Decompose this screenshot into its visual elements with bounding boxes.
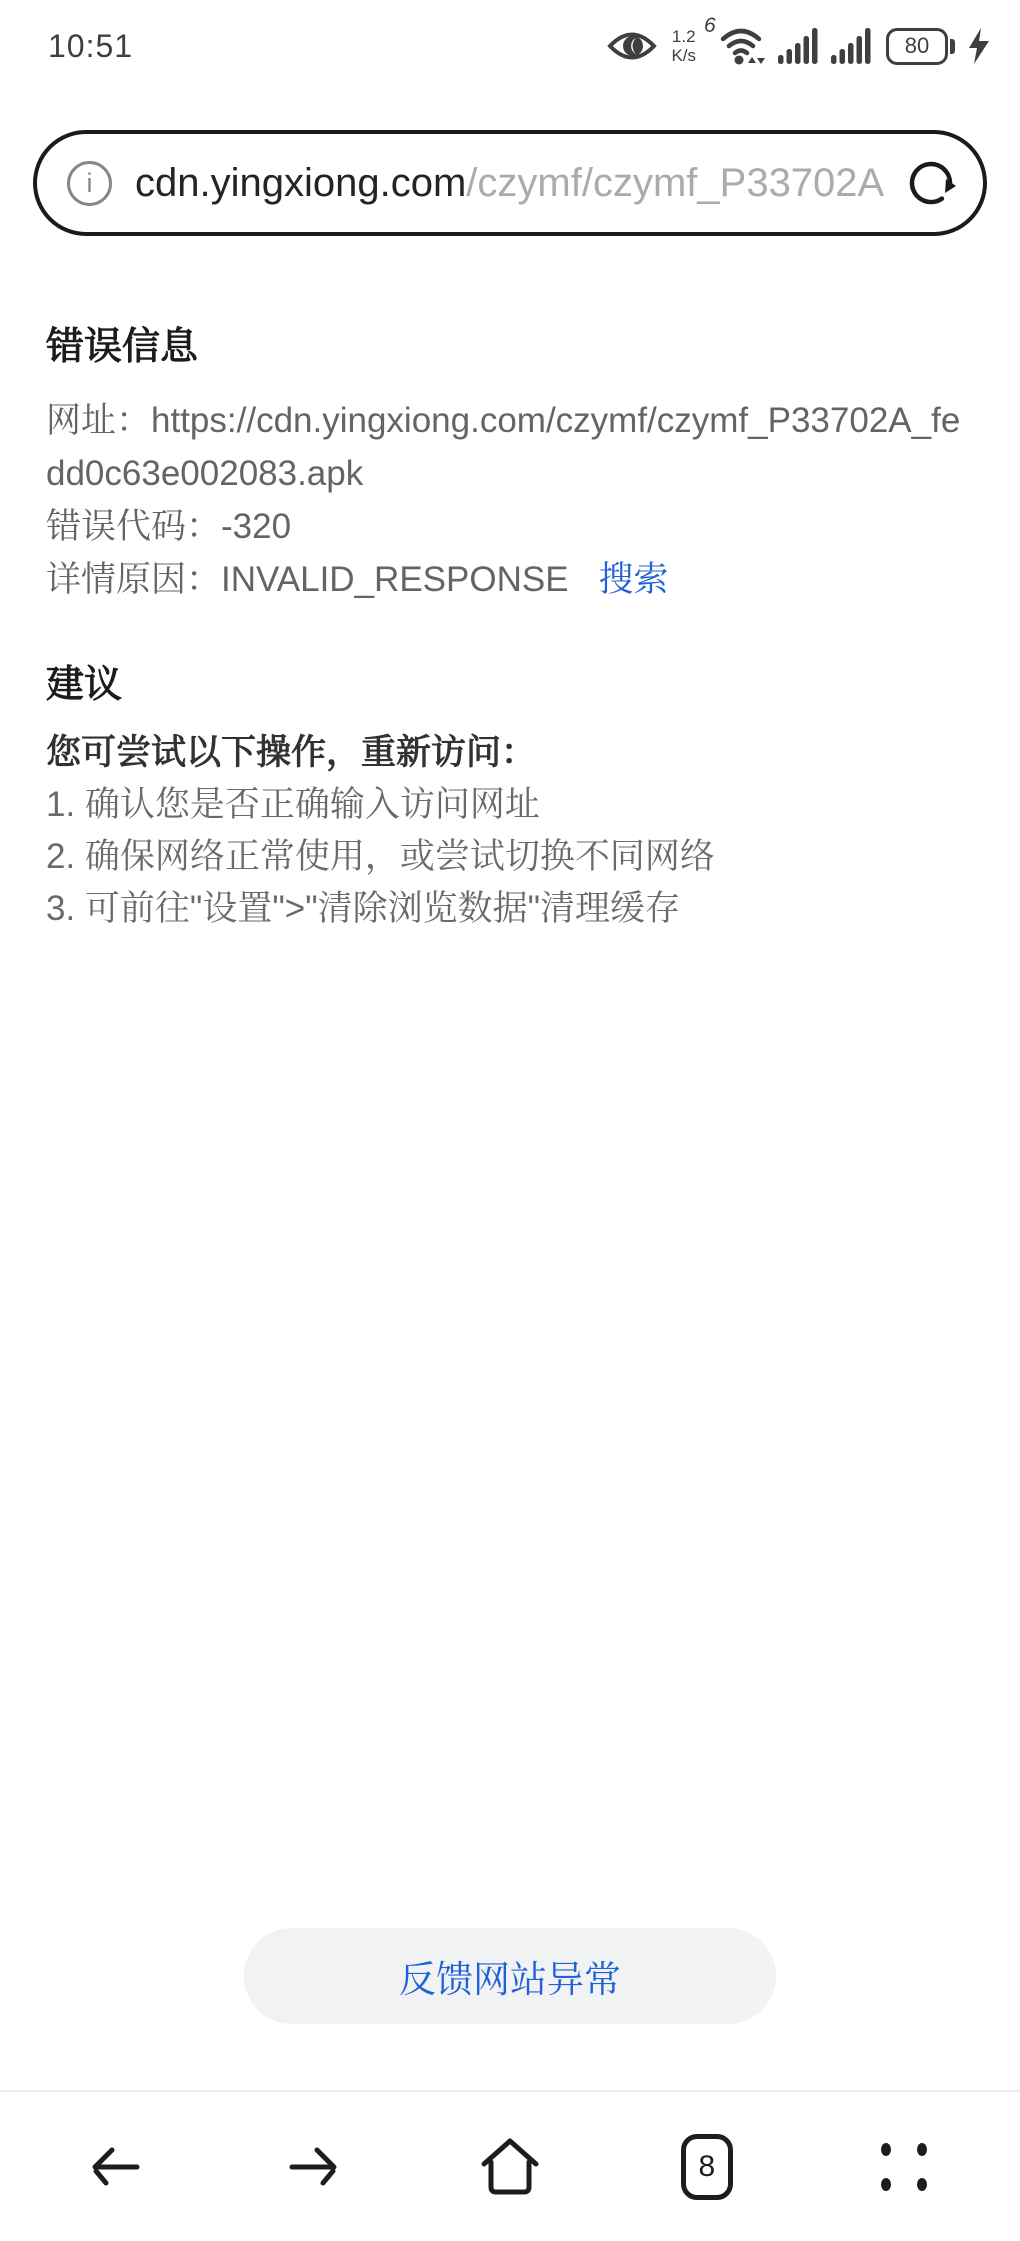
network-speed-value: 1.2 (672, 27, 696, 46)
wifi-indicator: 6 (717, 23, 765, 70)
battery-indicator: 80 (886, 28, 955, 65)
url-path: /czymf/czymf_P33702A (466, 161, 884, 205)
network-speed-unit: K/s (671, 46, 696, 65)
clock: 10:51 (48, 28, 133, 65)
forward-arrow-icon (281, 2135, 345, 2199)
error-details: 网址：https://cdn.yingxiong.com/czymf/czymf… (46, 394, 974, 606)
signal-bars-icon-sim2 (831, 27, 871, 65)
tab-counter-icon: 8 (681, 2134, 733, 2200)
home-button[interactable] (450, 2112, 570, 2222)
error-page-content: 错误信息 网址：https://cdn.yingxiong.com/czymf/… (0, 324, 1020, 935)
wifi-icon (717, 23, 765, 65)
wifi-6-label: 6 (704, 14, 716, 38)
suggestions-list: 1. 确认您是否正确输入访问网址 2. 确保网络正常使用，或尝试切换不同网络 3… (46, 779, 974, 935)
suggestion-item: 3. 可前往"设置">"清除浏览数据"清理缓存 (46, 883, 974, 935)
search-link[interactable]: 搜索 (599, 560, 669, 599)
error-code-label: 错误代码： (46, 507, 221, 546)
home-icon (477, 2134, 543, 2200)
error-reason-value: INVALID_RESPONSE (221, 560, 569, 599)
report-site-problem-button[interactable]: 反馈网站异常 (244, 1928, 776, 2024)
status-bar: 10:51 1.2 K/s 6 (0, 0, 1020, 86)
page-info-icon[interactable]: i (67, 161, 112, 206)
error-code-value: -320 (221, 507, 291, 546)
status-icons: 1.2 K/s 6 (606, 23, 990, 70)
url-domain: cdn.yingxiong.com (135, 161, 466, 205)
battery-terminal (950, 39, 955, 54)
error-url-value: https://cdn.yingxiong.com/czymf/czymf_P3… (46, 401, 960, 493)
menu-dots-icon (881, 2143, 927, 2191)
address-bar[interactable]: i cdn.yingxiong.com/czymf/czymf_P33702A (33, 130, 987, 236)
error-reason-line: 详情原因：INVALID_RESPONSE搜索 (46, 553, 974, 606)
error-reason-label: 详情原因： (46, 560, 221, 599)
tab-count: 8 (698, 2150, 715, 2184)
bottom-navigation-bar: 8 (0, 2090, 1020, 2241)
refresh-icon[interactable] (903, 155, 959, 211)
charging-bolt-icon (968, 27, 990, 65)
back-arrow-icon (84, 2135, 148, 2199)
signal-bars-icon-sim1 (778, 27, 818, 65)
suggestions-intro: 您可尝试以下操作，重新访问： (46, 726, 974, 779)
url-display[interactable]: cdn.yingxiong.com/czymf/czymf_P33702A (135, 161, 895, 206)
suggestions-heading: 建议 (46, 662, 974, 708)
back-button[interactable] (56, 2112, 176, 2222)
suggestion-item: 2. 确保网络正常使用，或尝试切换不同网络 (46, 831, 974, 883)
battery-icon: 80 (886, 28, 948, 65)
eye-protection-icon (606, 28, 658, 64)
error-url-line: 网址：https://cdn.yingxiong.com/czymf/czymf… (46, 394, 974, 500)
error-info-heading: 错误信息 (46, 324, 974, 370)
battery-level: 80 (905, 33, 929, 59)
error-url-label: 网址： (46, 401, 151, 440)
error-code-line: 错误代码：-320 (46, 500, 974, 553)
tabs-button[interactable]: 8 (647, 2112, 767, 2222)
forward-button[interactable] (253, 2112, 373, 2222)
menu-button[interactable] (844, 2112, 964, 2222)
network-speed: 1.2 K/s (671, 27, 696, 65)
suggestion-item: 1. 确认您是否正确输入访问网址 (46, 779, 974, 831)
